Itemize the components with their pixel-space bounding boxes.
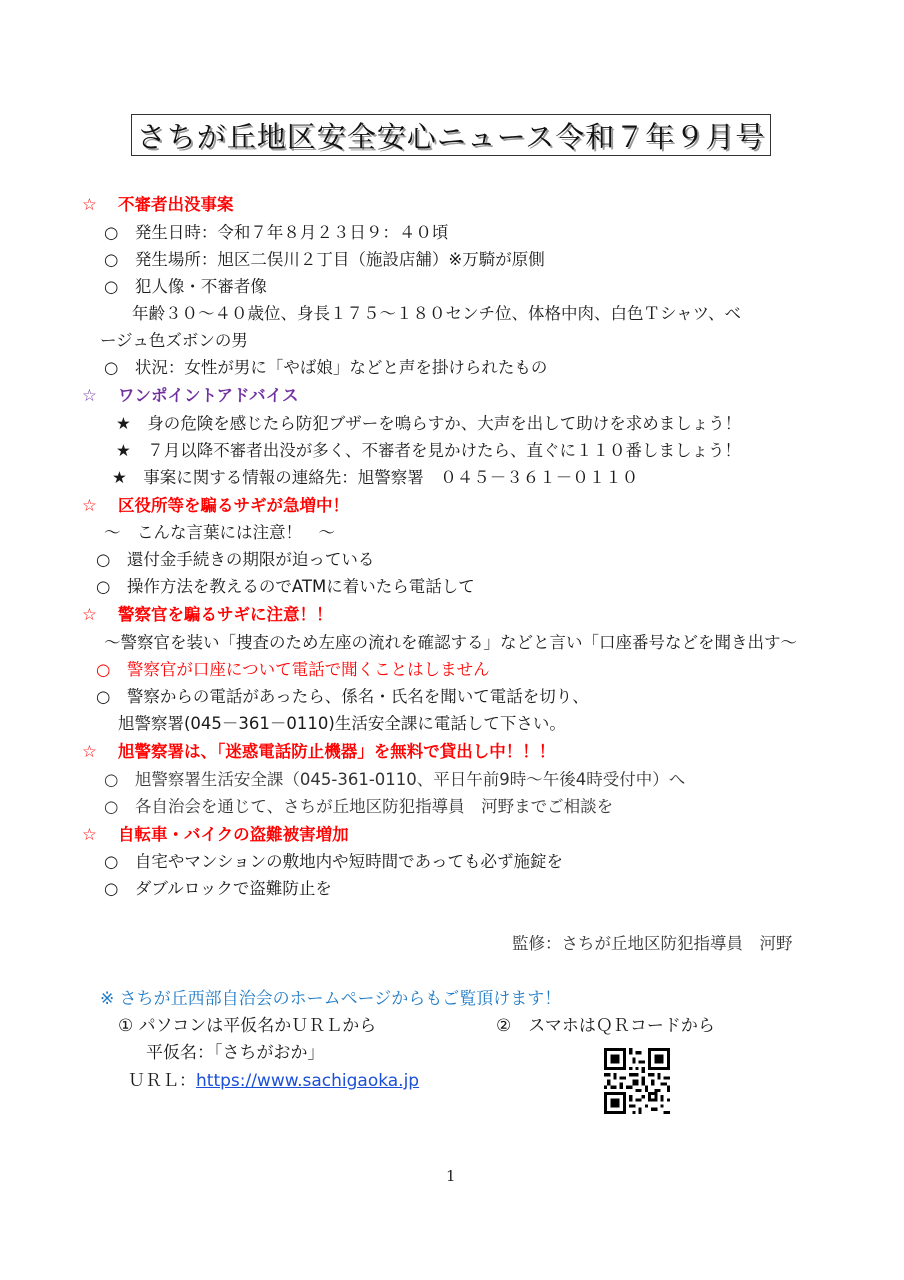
hiragana-search-label: 平仮名：「さちがおか」 bbox=[146, 1042, 325, 1064]
star-outline-icon: ☆ bbox=[82, 385, 118, 407]
section-heading-suspicious-person: ☆不審者出没事案 bbox=[82, 194, 234, 216]
section-heading-bicycle-theft: ☆自転車・バイクの盗難被害増加 bbox=[82, 824, 349, 846]
qr-code-icon[interactable] bbox=[604, 1048, 670, 1114]
list-item-continuation: ージュ色ズボンの男 bbox=[100, 330, 248, 352]
list-item: ○ 各自治会を通じて、さちが丘地区防犯指導員 河野までご相談を bbox=[104, 796, 613, 818]
list-item: ○ 犯人像・不審者像 bbox=[104, 276, 267, 298]
star-outline-icon: ☆ bbox=[82, 604, 118, 626]
list-item: ○ 操作方法を教えるのでATMに着いたら電話して bbox=[96, 576, 475, 598]
caution-phrase: ～ こんな言葉には注意！ ～ bbox=[104, 522, 335, 544]
list-item: ○ 自宅やマンションの敷地内や短時間であっても必ず施錠を bbox=[104, 851, 563, 873]
list-item: ○ ダブルロックで盗難防止を bbox=[104, 878, 332, 900]
list-item: ○ 旭警察署生活安全課（045-361-0110、平日午前9時～午後4時受付中）… bbox=[104, 769, 685, 791]
list-item-warning: ○ 警察官が口座について電話で聞くことはしません bbox=[96, 659, 490, 681]
star-outline-icon: ☆ bbox=[82, 194, 118, 216]
section-heading-one-point-advice: ☆ワンポイントアドバイス bbox=[82, 385, 299, 407]
homepage-url-link[interactable]: https://www.sachigaoka.jp bbox=[196, 1071, 419, 1091]
list-item: ○ 発生場所：旭区二俣川２丁目（施設店舗）※万騎が原側 bbox=[104, 249, 545, 271]
list-item: ○ 発生日時：令和７年８月２３日９：４０頃 bbox=[104, 222, 448, 244]
list-item: ○ 状況：女性が男に「やば娘」などと声を掛けられたもの bbox=[104, 357, 547, 379]
list-item-continuation: 旭警察署(045－361－0110)生活安全課に電話して下さい。 bbox=[118, 713, 566, 735]
list-item: ★ 身の危険を感じたら防犯ブザーを鳴らすか、大声を出して助けを求めましょう！ bbox=[116, 413, 741, 435]
list-item: ○ 警察からの電話があったら、係名・氏名を聞いて電話を切り、 bbox=[96, 686, 589, 708]
star-outline-icon: ☆ bbox=[82, 495, 118, 517]
star-outline-icon: ☆ bbox=[82, 824, 118, 846]
section-heading-ward-office-fraud: ☆区役所等を騙るサギが急増中！ bbox=[82, 495, 349, 517]
fraud-description: ～警察官を装い「捜査のため左座の流れを確認する」などと言い「口座番号などを聞き出… bbox=[104, 632, 797, 654]
star-outline-icon: ☆ bbox=[82, 741, 118, 763]
section-heading-police-impersonation-fraud: ☆警察官を騙るサギに注意！！ bbox=[82, 604, 333, 626]
smartphone-access-label: ② スマホはＱＲコードから bbox=[496, 1015, 715, 1037]
list-item-continuation: 年齢３０～４０歳位、身長１７５～１８０センチ位、体格中肉、白色Ｔシャツ、ベ bbox=[132, 303, 741, 325]
supervisor-credit: 監修：さちが丘地区防犯指導員 河野 bbox=[512, 933, 793, 955]
newsletter-title-box: さちが丘地区安全安心ニュース令和７年９月号 bbox=[131, 114, 771, 156]
homepage-notice: ※ さちが丘西部自治会のホームページからもご覧頂けます！ bbox=[100, 988, 561, 1010]
list-item: ★ 事案に関する情報の連絡先：旭警察署 ０４５－３６１－０１１０ bbox=[112, 467, 638, 489]
url-row: ＵＲＬ：https://www.sachigaoka.jp bbox=[128, 1070, 419, 1092]
url-label: ＵＲＬ： bbox=[128, 1071, 196, 1091]
page-number: 1 bbox=[446, 1167, 456, 1185]
section-heading-nuisance-call-device: ☆旭警察署は、「迷惑電話防止機器」を無料で貸出し中！！！ bbox=[82, 741, 555, 763]
newsletter-title: さちが丘地区安全安心ニュース令和７年９月号 bbox=[137, 115, 766, 156]
list-item: ○ 還付金手続きの期限が迫っている bbox=[96, 549, 374, 571]
list-item: ★ ７月以降不審者出没が多く、不審者を見かけたら、直ぐに１１０番しましょう！ bbox=[116, 440, 741, 462]
pc-access-label: ① パソコンは平仮名かＵＲＬから bbox=[118, 1015, 376, 1037]
